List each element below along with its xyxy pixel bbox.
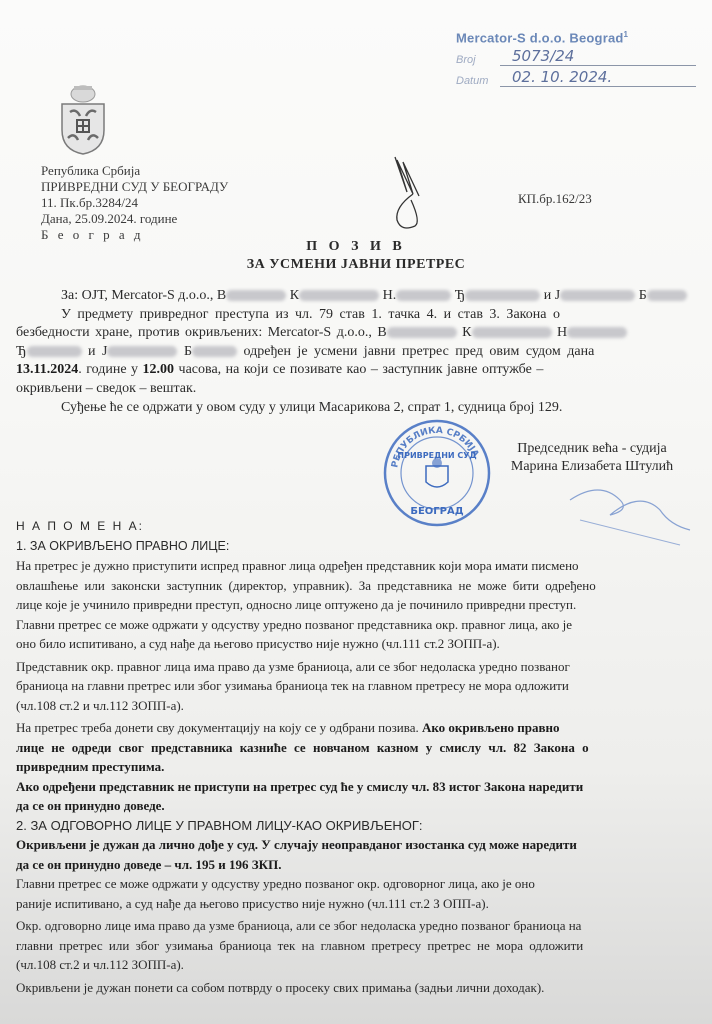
section-2-line: раније испитивано, а суд нађе да његово … [16,894,712,914]
court-name: ПРИВРЕДНИ СУД У БЕОГРАДУ [41,179,228,195]
receipt-number-label: Broj [456,54,500,66]
redacted-name [27,346,82,357]
intro-text: . године у [78,362,142,377]
intro-text: Б [184,344,192,359]
hearing-location: Суђење ће се одржати у овом суду у улици… [16,399,712,418]
section-1-line: овлашћење или законски заступник (директ… [16,576,712,596]
hearing-time: 12.00 [143,362,175,377]
redacted-name [472,327,552,338]
case-number: 11. Пк.бр.3284/24 [41,195,228,211]
section-1-bold-line: лице не одреди свог представника казниће… [16,738,712,758]
section-1-title: 1. ЗА ОКРИВЉЕНО ПРАВНО ЛИЦЕ: [16,537,712,557]
receipt-date-label: Datum [456,75,500,87]
section-1-bold-line: да се он принудно доведе. [16,796,712,816]
section-1-line: На претрес је дужно приступити испред пр… [16,556,712,576]
section-2-line: Окривљени је дужан понети са собом потвр… [16,978,712,998]
section-1-line: браниоца на главни претрес или због узим… [16,676,712,696]
note-heading: Н А П О М Е Н А: [16,517,712,537]
hearing-datetime-line: 13.11.2024. године у 12.00 часова, на ко… [16,361,712,380]
issue-date: Дана, 25.09.2024. године [41,211,228,227]
section-2-title: 2. ЗА ОДГОВОРНО ЛИЦЕ У ПРАВНОМ ЛИЦУ-КАО … [16,816,712,836]
intro-line: безбедности хране, против окривљених: Me… [16,324,712,343]
coat-of-arms-icon [58,82,108,156]
redacted-name [647,290,687,301]
addressee-part: и Ј [544,288,560,303]
intro-text: и Ј [88,344,107,359]
redacted-name [560,290,635,301]
intro-line: окривљени – сведок – вештак. [16,380,712,399]
bold-text: лице не одреди свог представника казниће… [16,740,589,755]
intro-line: Ђ и Ј Б одређен је усмени јавни претрес … [16,343,712,362]
intro-text: безбедности хране, против окривљених: Me… [16,325,387,340]
addressee-part: Б [639,288,647,303]
redacted-name [226,290,286,301]
bold-text: да се он принудно доведе – чл. 195 и 196… [16,857,281,872]
intro-text: Н [557,325,567,340]
section-2-bold-line: да се он принудно доведе – чл. 195 и 196… [16,855,712,875]
bold-text: привредним преступима. [16,759,164,774]
addressee-part: Ђ [455,288,466,303]
section-2-bold-line: Окривљени је дужан да лично дође у суд. … [16,835,712,855]
section-1-bold-line: привредним преступима. [16,757,712,777]
redacted-name [299,290,379,301]
redacted-name [107,346,177,357]
addressee-prefix: За: ОЈТ, Mercator-S д.о.о., В [61,288,226,303]
section-2-line: главни претрес или због узимања браниоца… [16,936,712,956]
handwritten-initials-icon [385,152,435,232]
section-2-line: Главни претрес се може одржати у одсуств… [16,874,712,894]
receipt-date-value: 02. 10. 2024. [500,68,696,87]
receipt-stamp-number-row: Broj 5073/24 [456,47,696,66]
receipt-stamp-date-row: Datum 02. 10. 2024. [456,68,696,87]
intro-text: К [462,325,471,340]
section-1-line: (чл.108 ст.2 и чл.112 ЗОПП-а). [16,696,712,716]
section-1-line: лице које је учинило привредни преступ, … [16,595,712,615]
section-1-line: Представник окр. правног лица има право … [16,657,712,677]
intro-paragraph: За: ОЈТ, Mercator-S д.о.о., В К Н. Ђ и Ј… [16,287,712,418]
intro-text: часова, на који се позивате као – заступ… [174,362,543,377]
redacted-name [567,327,627,338]
addressee-part: К [290,288,299,303]
intro-line: У предмету привредног преступа из чл. 79… [16,306,712,325]
intro-text: одређен је усмени јавни претрес пред ови… [244,344,595,359]
redacted-name [465,290,540,301]
hearing-date: 13.11.2024 [16,362,78,377]
section-2-line: Окр. одговорно лице има право да узме бр… [16,916,712,936]
country-name: Република Србија [41,163,228,179]
section-2-line: (чл.108 ст.2 и чл.112 ЗОПП-а). [16,955,712,975]
note-section: Н А П О М Е Н А: 1. ЗА ОКРИВЉЕНО ПРАВНО … [16,517,712,997]
redacted-name [387,327,457,338]
section-1-bold-line: Ако одређени представник не приступи на … [16,777,712,797]
bold-text: да се он принудно доведе. [16,798,165,813]
receipt-stamp-company: Mercator-S d.o.o. Beograd1 [456,30,696,45]
document-title: П О З И В [0,239,712,255]
bold-text: Окривљени је дужан да лично дође у суд. … [16,837,577,852]
redacted-name [396,290,451,301]
court-header: Република Србија ПРИВРЕДНИ СУД У БЕОГРАД… [41,163,228,243]
court-seal-icon: РЕПУБЛИКА СРБИЈА ПРИВРЕДНИ СУД БЕОГРАД [382,418,492,528]
section-1-line: оно било испитивано, а суд нађе да његов… [16,634,712,654]
section-1-docs-line: На претрес треба донети сву документациј… [16,718,712,738]
section-1-line: Главни претрес се може одржати у одсуств… [16,615,712,635]
svg-text:БЕОГРАД: БЕОГРАД [410,506,463,517]
bold-text: Ако одређени представник не приступи на … [16,779,583,794]
intro-text: Ђ [16,344,27,359]
judge-role: Председник већа - судија [487,440,697,458]
docs-bold-text: Ако окривљено правно [422,720,560,735]
addressee-part: Н. [383,288,397,303]
kp-number: КП.бр.162/23 [518,191,592,207]
receipt-stamp: Mercator-S d.o.o. Beograd1 Broj 5073/24 … [456,30,696,87]
redacted-name [192,346,237,357]
document-subtitle: ЗА УСМЕНИ ЈАВНИ ПРЕТРЕС [0,257,712,273]
addressee-line: За: ОЈТ, Mercator-S д.о.о., В К Н. Ђ и Ј… [16,287,712,306]
receipt-number-value: 5073/24 [500,47,696,66]
docs-text: На претрес треба донети сву документациј… [16,720,422,735]
